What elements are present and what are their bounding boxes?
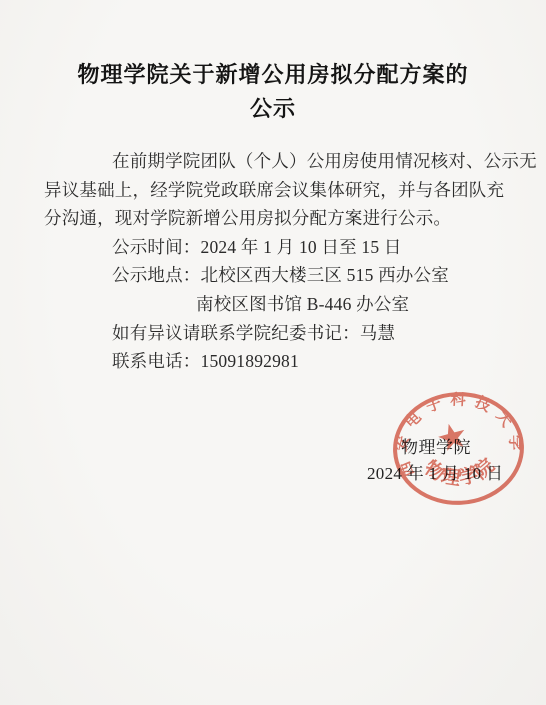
notice-phone-line: 联系电话：15091892981: [44, 347, 498, 376]
scanned-notice-page: 物理学院关于新增公用房拟分配方案的 公示 在前期学院团队（个人）公用房使用情况核…: [0, 0, 546, 705]
notice-body: 在前期学院团队（个人）公用房使用情况核对、公示无 异议基础上，经学院党政联席会议…: [44, 147, 498, 376]
notice-contact-line: 如有异议请联系学院纪委书记：马慧: [44, 319, 498, 348]
seal-bottom-text-wrap: 物理学院: [419, 452, 500, 492]
notice-place-line-1: 公示地点：北校区西大楼三区 515 西办公室: [44, 261, 498, 290]
seal-department-name: 物理学院: [419, 452, 500, 492]
paragraph-line-2: 异议基础上，经学院党政联席会议集体研究，并与各团队充: [44, 176, 498, 205]
notice-place-line-2: 南校区图书馆 B-446 办公室: [44, 290, 498, 319]
notice-time-line: 公示时间：2024 年 1 月 10 日至 15 日: [44, 233, 498, 262]
paragraph-line-3: 分沟通，现对学院新增公用房拟分配方案进行公示。: [44, 204, 498, 233]
seal-star-icon: [436, 420, 469, 452]
official-seal: 西安电子科技大学 物理学院: [388, 387, 529, 511]
page-title-line1: 物理学院关于新增公用房拟分配方案的: [0, 58, 546, 92]
paragraph-line-1: 在前期学院团队（个人）公用房使用情况核对、公示无: [44, 147, 498, 176]
page-title: 物理学院关于新增公用房拟分配方案的 公示: [0, 58, 546, 126]
page-title-line2: 公示: [0, 92, 546, 126]
